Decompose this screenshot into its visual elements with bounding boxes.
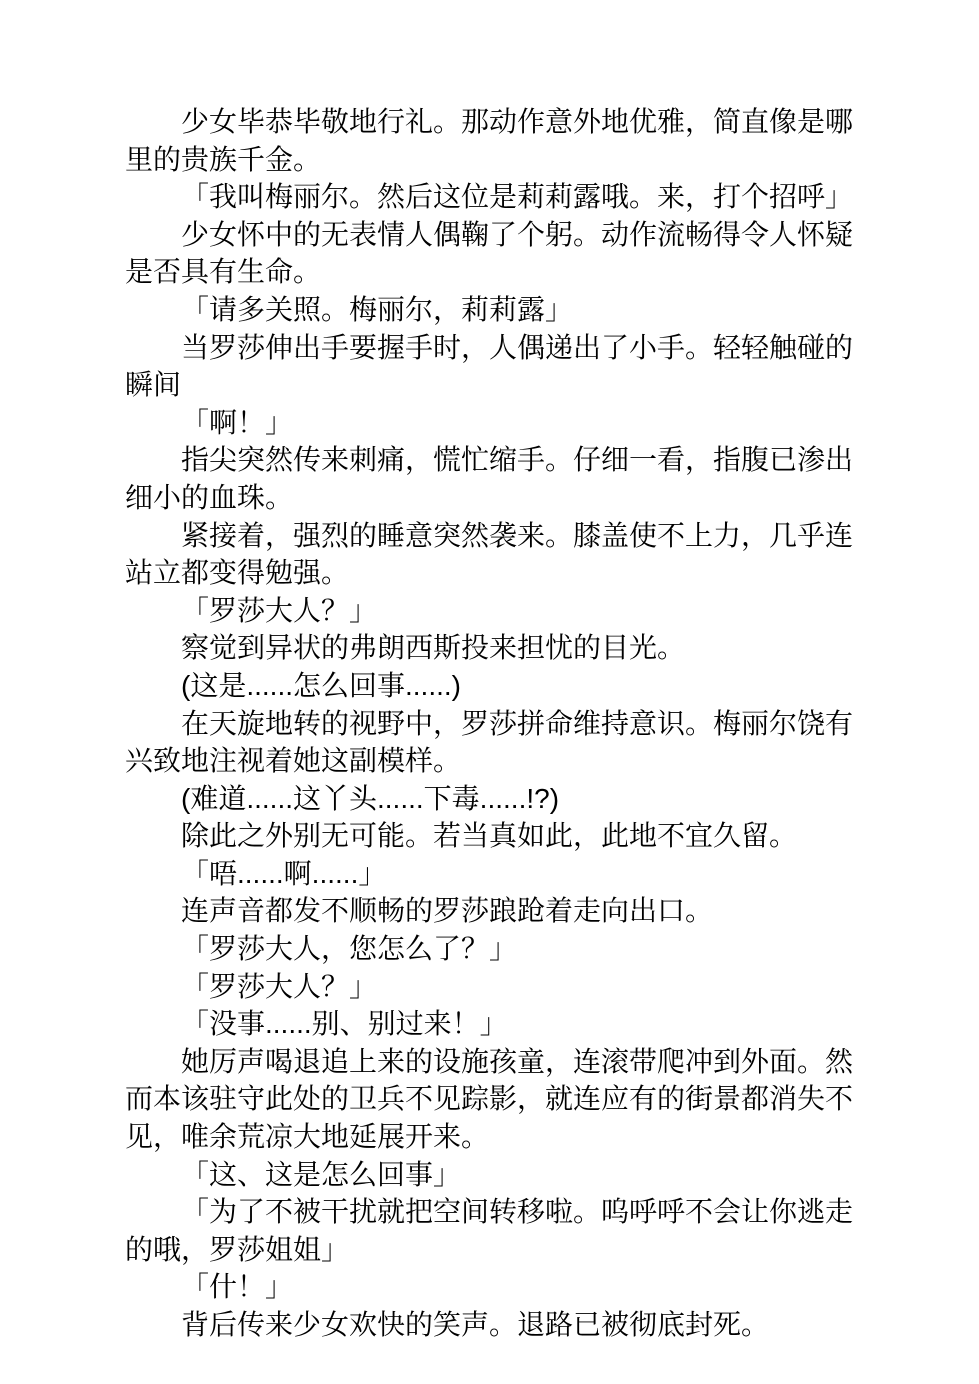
paragraph-dialogue: 「没事......别、别过来！」 bbox=[125, 1005, 855, 1043]
paragraph-thought: (难道......这丫头......下毒......!?) bbox=[125, 780, 855, 818]
paragraph-dialogue: 「啊！」 bbox=[125, 404, 855, 442]
paragraph: 指尖突然传来刺痛，慌忙缩手。仔细一看，指腹已渗出细小的血珠。 bbox=[125, 441, 855, 516]
paragraph: 她厉声喝退追上来的设施孩童，连滚带爬冲到外面。然而本该驻守此处的卫兵不见踪影，就… bbox=[125, 1043, 855, 1156]
paragraph: 在天旋地转的视野中，罗莎拼命维持意识。梅丽尔饶有兴致地注视着她这副模样。 bbox=[125, 705, 855, 780]
paragraph: 察觉到异状的弗朗西斯投来担忧的目光。 bbox=[125, 629, 855, 667]
paragraph-dialogue: 「唔......啊......」 bbox=[125, 855, 855, 893]
paragraph-dialogue: 「什！」 bbox=[125, 1268, 855, 1306]
paragraph-thought: (这是......怎么回事......) bbox=[125, 667, 855, 705]
paragraph-dialogue: 「罗莎大人？」 bbox=[125, 592, 855, 630]
paragraph: 紧接着，强烈的睡意突然袭来。膝盖使不上力，几乎连站立都变得勉强。 bbox=[125, 517, 855, 592]
novel-text-page: 少女毕恭毕敬地行礼。那动作意外地优雅，简直像是哪里的贵族千金。 「我叫梅丽尔。然… bbox=[0, 0, 979, 1384]
paragraph-dialogue: 「为了不被干扰就把空间转移啦。呜呼呼不会让你逃走的哦，罗莎姐姐」 bbox=[125, 1193, 855, 1268]
paragraph-dialogue: 「罗莎大人，您怎么了？」 bbox=[125, 930, 855, 968]
paragraph: 除此之外别无可能。若当真如此，此地不宜久留。 bbox=[125, 817, 855, 855]
paragraph-dialogue: 「罗莎大人？」 bbox=[125, 968, 855, 1006]
paragraph-dialogue: 「这、这是怎么回事」 bbox=[125, 1156, 855, 1194]
paragraph: 背后传来少女欢快的笑声。退路已被彻底封死。 bbox=[125, 1306, 855, 1344]
paragraph: 少女毕恭毕敬地行礼。那动作意外地优雅，简直像是哪里的贵族千金。 bbox=[125, 103, 855, 178]
paragraph: 连声音都发不顺畅的罗莎踉跄着走向出口。 bbox=[125, 892, 855, 930]
paragraph: 少女怀中的无表情人偶鞠了个躬。动作流畅得令人怀疑是否具有生命。 bbox=[125, 216, 855, 291]
paragraph-dialogue: 「请多关照。梅丽尔，莉莉露」 bbox=[125, 291, 855, 329]
paragraph-dialogue: 「我叫梅丽尔。然后这位是莉莉露哦。来，打个招呼」 bbox=[125, 178, 855, 216]
paragraph: 当罗莎伸出手要握手时，人偶递出了小手。轻轻触碰的瞬间 bbox=[125, 329, 855, 404]
